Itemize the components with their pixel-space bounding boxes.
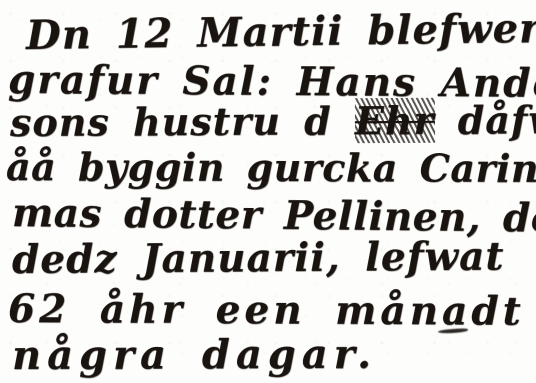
manuscript-line-6: dedz Januarii, lefwat	[12, 238, 505, 280]
manuscript-line-1: Dn 12 Martii blefwer be=	[26, 7, 536, 56]
line-3-text-after-strike: dåfwadi	[434, 97, 536, 143]
manuscript-line-8: några dagar.	[12, 335, 377, 376]
manuscript-line-7: 62 åhr een månadt och	[8, 290, 536, 332]
manuscript-page: Dn 12 Martii blefwer be= grafur Sal: Han…	[0, 0, 536, 383]
struck-out-word: Ehr	[355, 98, 435, 143]
manuscript-line-4: åå byggin gurcka Carin Tho=	[6, 148, 536, 188]
manuscript-line-3: sons hustru d Ehr dåfwadi	[10, 101, 536, 142]
manuscript-line-5: mas dotter Pellinen, dödde	[12, 194, 536, 240]
line-3-text-before-strike: sons hustru d	[10, 98, 355, 145]
